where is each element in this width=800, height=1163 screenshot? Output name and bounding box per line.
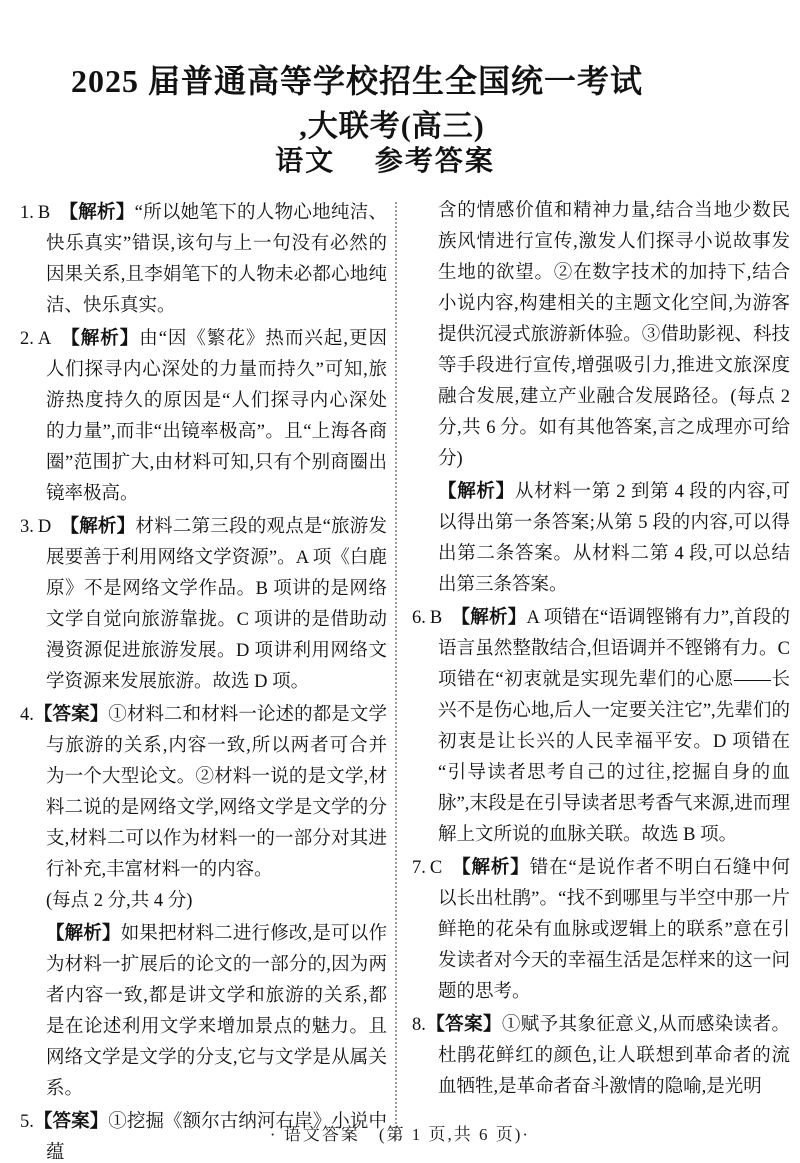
item-number: 4. (20, 705, 34, 725)
answer-item-4: 4.【答案】①材料二和材料一论述的都是文学与旅游的关系,内容一致,所以两者可合并… (20, 698, 387, 886)
right-column: 含的情感价值和精神力量,结合当地少数民族风情进行宣传,激发人们探寻小说故事发生地… (412, 196, 790, 1103)
item-text: (每点 2 分,共 4 分) (46, 891, 192, 911)
item-tag: 【解析】 (451, 856, 529, 877)
item-number: 1. (20, 203, 34, 223)
item-tag: 【解析】 (451, 606, 526, 627)
answer-item-6: 6.B【解析】A 项错在“语调铿锵有力”,首段的语言虽然整散结合,但语调并不铿锵… (412, 601, 790, 851)
item-text: 含的情感价值和精神力量,结合当地少数民族风情进行宣传,激发人们探寻小说故事发生地… (438, 201, 790, 469)
exam-title: 2025 届普通高等学校招生全国统一考试 (0, 56, 800, 102)
item-number: 7. (412, 858, 426, 878)
answer-letter: B (430, 608, 442, 628)
item-number: 8. (412, 1015, 426, 1035)
answer-letter: B (38, 203, 50, 223)
answer-item-3: 3.D【解析】材料二第三段的观点是“旅游发展要善于利用网络文学资源”。A 项《白… (20, 510, 387, 698)
footer-text: · 语文答案 (第 1 页,共 6 页)· (270, 1125, 530, 1144)
item-number: 6. (412, 608, 426, 628)
column-divider (395, 202, 397, 1140)
answer-letter: C (430, 858, 442, 878)
answer-letter: D (38, 517, 51, 537)
answer-item-2: 2.A【解析】由“因《繁花》热而兴起,更因人们探寻内心深处的力量而持久”可知,旅… (20, 322, 387, 510)
left-column: 1.B【解析】“所以她笔下的人物心地纯洁、快乐真实”错误,该句与上一句没有必然的… (20, 196, 387, 1163)
item-tag: 【解析】 (438, 480, 515, 501)
item-tag: 【解析】 (59, 201, 134, 222)
answer-item-1: 1.B【解析】“所以她笔下的人物心地纯洁、快乐真实”错误,该句与上一句没有必然的… (20, 196, 387, 322)
item-number: 3. (20, 517, 34, 537)
item-tag: 【解析】 (46, 922, 121, 943)
answer-letter: A (38, 329, 51, 349)
item-text: ①材料二和材料一论述的都是文学与旅游的关系,内容一致,所以两者可合并为一个大型论… (46, 705, 387, 880)
answer-sheet-page: 2025 届普通高等学校招生全国统一考试 ,大联考(高三) 语文 参考答案 1.… (0, 0, 800, 1163)
item-text: 由“因《繁花》热而兴起,更因人们探寻内心深处的力量而持久”可知,旅游热度持久的原… (46, 329, 387, 504)
item-text: A 项错在“语调铿锵有力”,首段的语言虽然整散结合,但语调并不铿锵有力。C 项错… (438, 608, 790, 845)
page-footer: · 语文答案 (第 1 页,共 6 页)· (0, 1120, 800, 1145)
answer-item-8: 8.【答案】①赋予其象征意义,从而感染读者。杜鹃花鲜红的颜色,让人联想到革命者的… (412, 1008, 790, 1103)
item-tag: 【答案】 (34, 703, 108, 724)
answer-item-4-analysis: 【解析】如果把材料二进行修改,是可以作为材料一扩展后的论文的一部分的,因为两者内… (20, 917, 387, 1105)
item-tag: 【答案】 (426, 1013, 502, 1034)
item-number: 2. (20, 329, 34, 349)
answer-item-4-score-note: (每点 2 分,共 4 分) (20, 886, 387, 917)
subject-title: 语文 参考答案 (0, 139, 800, 179)
answer-item-5-continuation: 含的情感价值和精神力量,结合当地少数民族风情进行宣传,激发人们探寻小说故事发生地… (412, 196, 790, 475)
item-tag: 【解析】 (60, 515, 135, 536)
item-tag: 【解析】 (60, 327, 139, 348)
answer-item-5-analysis: 【解析】从材料一第 2 到第 4 段的内容,可以得出第一条答案;从第 5 段的内… (412, 475, 790, 601)
answer-item-7: 7.C【解析】错在“是说作者不明白石缝中何以长出杜鹃”。“找不到哪里与半空中那一… (412, 851, 790, 1008)
item-text: 如果把材料二进行修改,是可以作为材料一扩展后的论文的一部分的,因为两者内容一致,… (46, 924, 387, 1099)
item-text: 材料二第三段的观点是“旅游发展要善于利用网络文学资源”。A 项《白鹿原》不是网络… (46, 517, 387, 692)
item-text: 错在“是说作者不明白石缝中何以长出杜鹃”。“找不到哪里与半空中那一片鲜艳的花朵有… (438, 858, 790, 1002)
